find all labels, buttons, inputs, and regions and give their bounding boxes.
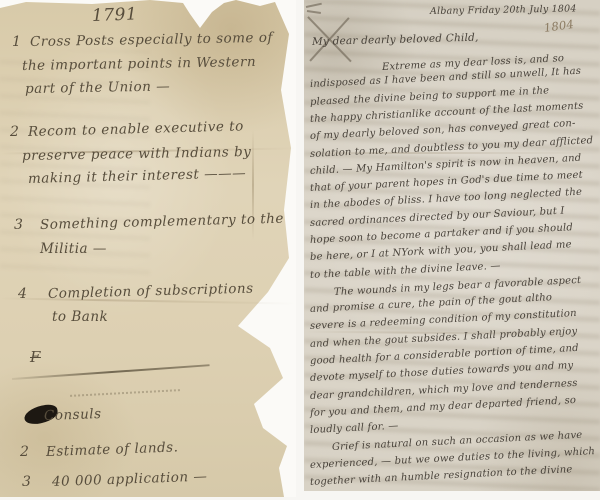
left-manuscript-photo: 1791 1 Cross Posts especially to some of… <box>0 0 296 497</box>
item-number: 3 <box>22 474 31 490</box>
item-number: 4 <box>18 286 27 302</box>
footer-heading: Consuls <box>44 406 102 424</box>
right-manuscript-photo: Albany Friday 20th July 1804 1804 My dea… <box>304 0 600 491</box>
item-number: 2 <box>10 124 19 140</box>
manuscript-line: part of the Union — <box>25 78 170 97</box>
manuscript-line: to Bank <box>52 309 108 325</box>
item-number: 1 <box>12 34 21 50</box>
manuscripts-photo-collage: 1791 1 Cross Posts especially to some of… <box>0 0 600 500</box>
manuscript-line: Militia — <box>40 241 107 257</box>
year-heading: 1791 <box>92 4 138 26</box>
item-number: 2 <box>20 444 29 460</box>
item-number: 3 <box>14 217 23 233</box>
crossed-out-mark: F <box>30 348 41 366</box>
